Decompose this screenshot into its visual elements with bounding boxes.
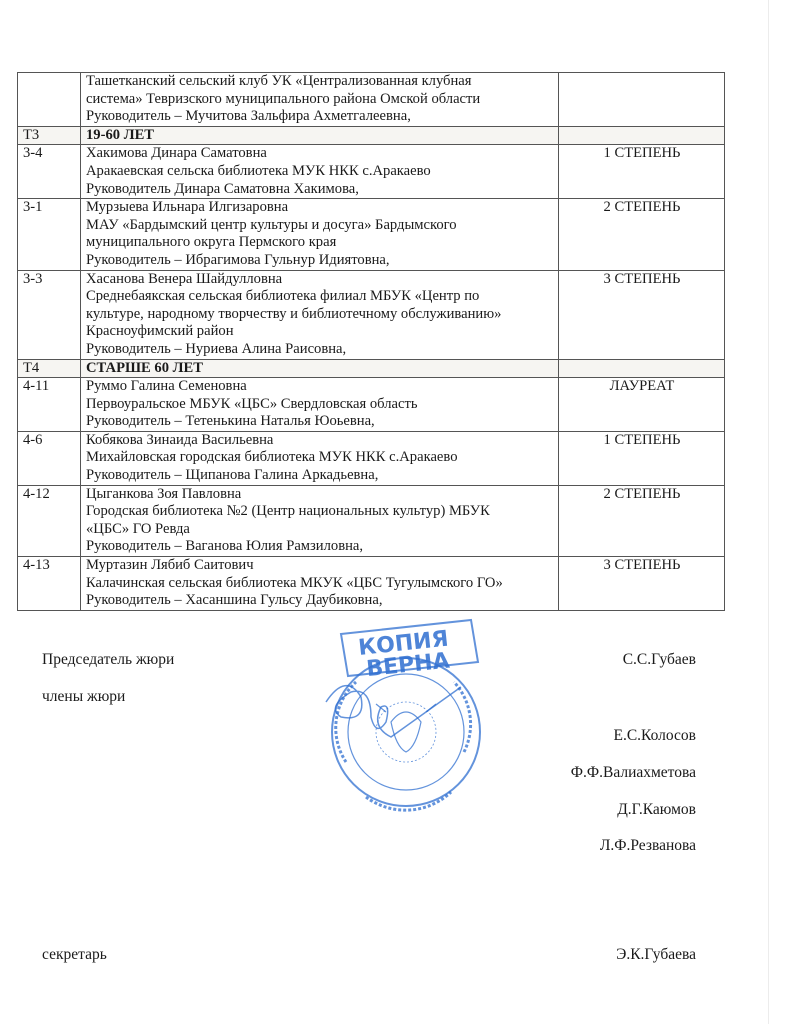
participant-name: Руммо Галина Семеновна <box>86 378 554 396</box>
participant-detail: Аракаевская сельска библиотека МУК НКК с… <box>86 163 554 181</box>
chairman-label: Председатель жюри <box>42 651 174 669</box>
member-name: Е.С.Колосов <box>614 727 697 745</box>
secretary-name: Э.К.Губаева <box>616 946 696 964</box>
cell-code: 3-1 <box>18 199 81 270</box>
member-name: Л.Ф.Резванова <box>600 837 696 855</box>
participant-detail: Первоуральское МБУК «ЦБС» Свердловская о… <box>86 396 554 414</box>
participant-row: 3-3Хасанова Венера ШайдулловнаСреднебаяк… <box>18 270 725 359</box>
cell-code: 3-4 <box>18 145 81 199</box>
participant-detail: Михайловская городская библиотека МУК НК… <box>86 449 554 467</box>
age-group-title: 19-60 ЛЕТ <box>81 126 559 145</box>
participant-detail: Калачинская сельская библиотека МКУК «ЦБ… <box>86 575 554 593</box>
cell-participant: Руммо Галина СеменовнаПервоуральское МБУ… <box>81 378 559 432</box>
participant-row: 4-12Цыганкова Зоя ПавловнаГородская библ… <box>18 485 725 556</box>
cell-code: 4-11 <box>18 378 81 432</box>
cell-participant: Хасанова Венера ШайдулловнаСреднебаякска… <box>81 270 559 359</box>
secretary-label: секретарь <box>42 946 107 964</box>
participant-detail: муниципального округа Пермского края <box>86 234 554 252</box>
participant-detail: Руководитель – Ваганова Юлия Рамзиловна, <box>86 538 554 556</box>
cell-award <box>559 73 725 127</box>
stamp-seal-icon: КОПИЯ ВЕРНА <box>286 612 496 812</box>
participant-detail: Руководитель – Мучитова Зальфира Ахметга… <box>86 108 554 126</box>
participant-detail: система» Тевризского муниципального райо… <box>86 91 554 109</box>
cell-award: 1 СТЕПЕНЬ <box>559 145 725 199</box>
participant-name: Хакимова Динара Саматовна <box>86 145 554 163</box>
participant-detail: «ЦБС» ГО Ревда <box>86 521 554 539</box>
cell-award: 2 СТЕПЕНЬ <box>559 199 725 270</box>
participant-detail: Среднебаякская сельская библиотека филиа… <box>86 288 554 306</box>
cell-participant: Ташетканский сельский клуб УК «Централиз… <box>81 73 559 127</box>
participant-name: Цыганкова Зоя Павловна <box>86 486 554 504</box>
cell-code: Т3 <box>18 126 81 145</box>
participant-name: Мурзыева Ильнара Илгизаровна <box>86 199 554 217</box>
participant-row: 4-11Руммо Галина СеменовнаПервоуральское… <box>18 378 725 432</box>
participant-name: Муртазин Лябиб Саитович <box>86 557 554 575</box>
participant-detail: Красноуфимский район <box>86 323 554 341</box>
participant-name: Ташетканский сельский клуб УК «Централиз… <box>86 73 554 91</box>
participant-detail: Руководитель – Щипанова Галина Аркадьевн… <box>86 467 554 485</box>
cell-award-empty <box>559 126 725 145</box>
participant-detail: культуре, народному творчеству и библиот… <box>86 306 554 324</box>
scan-page-edge <box>768 0 769 1024</box>
cell-participant: Хакимова Динара СаматовнаАракаевская сел… <box>81 145 559 199</box>
participant-row: 3-4Хакимова Динара СаматовнаАракаевская … <box>18 145 725 199</box>
cell-award: 3 СТЕПЕНЬ <box>559 557 725 611</box>
participant-name: Кобякова Зинаида Васильевна <box>86 432 554 450</box>
cell-code: 4-13 <box>18 557 81 611</box>
age-group-title: СТАРШЕ 60 ЛЕТ <box>81 359 559 378</box>
official-stamp: КОПИЯ ВЕРНА <box>286 612 496 812</box>
participant-detail: Руководитель – Ибрагимова Гульнур Идиято… <box>86 252 554 270</box>
age-group-row: Т319-60 ЛЕТ <box>18 126 725 145</box>
participant-detail: Руководитель – Хасаншина Гульсу Даубиков… <box>86 592 554 610</box>
cell-participant: Цыганкова Зоя ПавловнаГородская библиоте… <box>81 485 559 556</box>
participant-detail: МАУ «Бардымский центр культуры и досуга»… <box>86 217 554 235</box>
cell-award: 3 СТЕПЕНЬ <box>559 270 725 359</box>
cell-participant: Мурзыева Ильнара ИлгизаровнаМАУ «Бардымс… <box>81 199 559 270</box>
cell-code: 3-3 <box>18 270 81 359</box>
participant-row: Ташетканский сельский клуб УК «Централиз… <box>18 73 725 127</box>
cell-award: 2 СТЕПЕНЬ <box>559 485 725 556</box>
participant-detail: Руководитель – Тетенькина Наталья Юоьевн… <box>86 413 554 431</box>
cell-participant: Кобякова Зинаида ВасильевнаМихайловская … <box>81 431 559 485</box>
chairman-name: С.С.Губаев <box>623 651 696 669</box>
participant-row: 4-13Муртазин Лябиб СаитовичКалачинская с… <box>18 557 725 611</box>
results-table: Ташетканский сельский клуб УК «Централиз… <box>17 72 725 611</box>
participant-row: 4-6Кобякова Зинаида ВасильевнаМихайловск… <box>18 431 725 485</box>
participant-name: Хасанова Венера Шайдулловна <box>86 271 554 289</box>
members-label: члены жюри <box>42 688 125 706</box>
cell-code: Т4 <box>18 359 81 378</box>
cell-award: ЛАУРЕАТ <box>559 378 725 432</box>
participant-detail: Руководитель Динара Саматовна Хакимова, <box>86 181 554 199</box>
cell-award: 1 СТЕПЕНЬ <box>559 431 725 485</box>
cell-participant: Муртазин Лябиб СаитовичКалачинская сельс… <box>81 557 559 611</box>
cell-code <box>18 73 81 127</box>
cell-award-empty <box>559 359 725 378</box>
member-name: Ф.Ф.Валиахметова <box>571 764 696 782</box>
cell-code: 4-12 <box>18 485 81 556</box>
participant-detail: Руководитель – Нуриева Алина Раисовна, <box>86 341 554 359</box>
member-name: Д.Г.Каюмов <box>617 801 696 819</box>
participant-detail: Городская библиотека №2 (Центр националь… <box>86 503 554 521</box>
cell-code: 4-6 <box>18 431 81 485</box>
age-group-row: Т4СТАРШЕ 60 ЛЕТ <box>18 359 725 378</box>
participant-row: 3-1Мурзыева Ильнара ИлгизаровнаМАУ «Бард… <box>18 199 725 270</box>
